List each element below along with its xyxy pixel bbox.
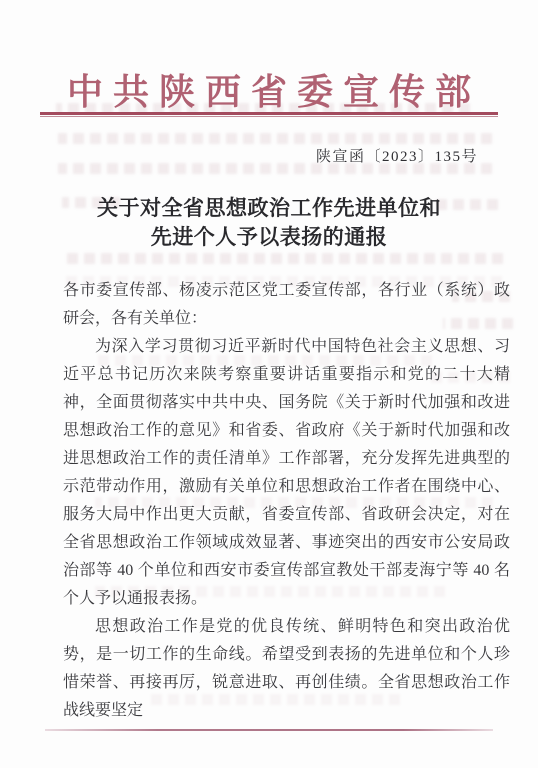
bleedthrough-ghost bbox=[65, 253, 503, 264]
document-title-line2: 先进个人予以表扬的通报 bbox=[0, 223, 538, 252]
bleedthrough-ghost bbox=[58, 133, 492, 144]
document-body: 各市委宣传部、杨凌示范区党工委宣传部，各行业（系统）政研会，各有关单位： 为深入… bbox=[63, 277, 510, 725]
salutation: 各市委宣传部、杨凌示范区党工委宣传部，各行业（系统）政研会，各有关单位： bbox=[63, 277, 510, 333]
document-number: 陕宣函〔2023〕135号 bbox=[316, 145, 478, 166]
letterhead-org-name: 中共陕西省委宣传部 bbox=[0, 64, 538, 115]
document-title: 关于对全省思想政治工作先进单位和 先进个人予以表扬的通报 bbox=[0, 194, 538, 252]
scanned-document-page: 中共陕西省委宣传部 陕宣函〔2023〕135号 关于对全省思想政治工作先进单位和… bbox=[0, 0, 538, 768]
bottom-page-line bbox=[45, 729, 493, 731]
document-title-line1: 关于对全省思想政治工作先进单位和 bbox=[0, 194, 538, 223]
letterhead-divider bbox=[40, 112, 498, 118]
body-paragraph-2: 思想政治工作是党的优良传统、鲜明特色和突出政治优势，是一切工作的生命线。希望受到… bbox=[63, 613, 510, 725]
body-paragraph-1: 为深入学习贯彻习近平新时代中国特色社会主义思想、习近平总书记历次来陕考察重要讲话… bbox=[63, 333, 510, 613]
